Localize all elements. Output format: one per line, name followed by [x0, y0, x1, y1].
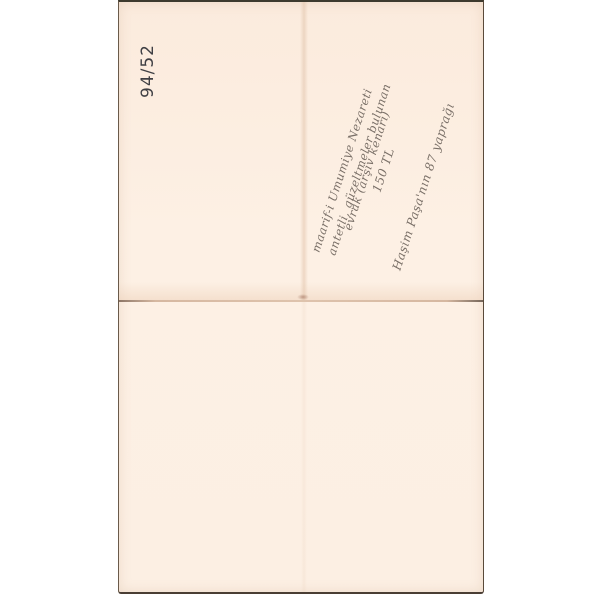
- catalog-number: 94/52: [138, 44, 158, 98]
- vertical-fold-line-bottom: [301, 302, 307, 592]
- fold-intersection-stain: [297, 294, 309, 300]
- document-sheet: [118, 0, 484, 594]
- vertical-fold-line-top: [300, 2, 308, 300]
